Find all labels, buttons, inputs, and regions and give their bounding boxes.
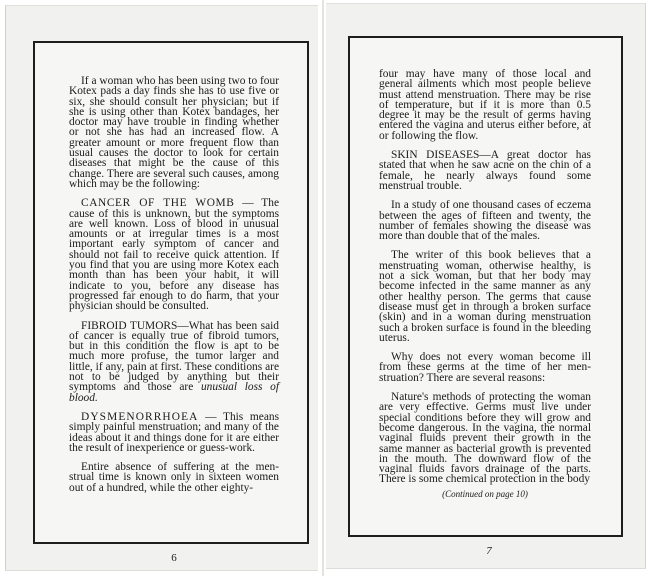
paragraph-skin-diseases: SKIN DISEASES—A great doctor has stated … — [379, 150, 591, 191]
paragraph-why-not-ill: Why does not every woman become ill from… — [379, 352, 591, 383]
paragraph-writer-belief: The writer of this book believes that a … — [379, 250, 591, 343]
paragraph-continuation: four may have many of those local and ge… — [379, 69, 591, 141]
page-7-border-frame: four may have many of those local and ge… — [348, 36, 623, 537]
paragraph-natures-methods: Nature's methods of protecting the woman… — [379, 392, 591, 485]
paragraph-kotex-usage: If a woman who has been using two to fou… — [69, 76, 279, 189]
continued-note: (Continued on page 10) — [379, 489, 591, 499]
paragraph-cancer: CANCER OF THE WOMB — The cause of this i… — [69, 198, 279, 311]
page-number: 7 — [469, 545, 509, 557]
page-6-body: If a woman who has been using two to fou… — [69, 76, 279, 502]
book-gutter — [322, 0, 324, 576]
page-7: four may have many of those local and ge… — [326, 3, 646, 569]
paragraph-eczema-study: In a study of one thousand cases of ecze… — [379, 200, 591, 241]
page-6-border-frame: If a woman who has been using two to fou… — [33, 41, 309, 544]
page-number: 6 — [154, 552, 194, 564]
paragraph-fibroid: FIBROID TUMORS—What has been said of can… — [69, 321, 279, 403]
cancer-text: — The cause of this is unknown, but the … — [69, 197, 279, 312]
paragraph-absence-of-suffering: Entire absence of suffering at the men­s… — [69, 462, 279, 493]
page-7-body: four may have many of those local and ge… — [379, 69, 591, 508]
paragraph-dysmenorrhoea: DYSMENORRHOEA — This means simply painfu… — [69, 412, 279, 453]
page-6: If a woman who has been using two to fou… — [5, 5, 318, 571]
